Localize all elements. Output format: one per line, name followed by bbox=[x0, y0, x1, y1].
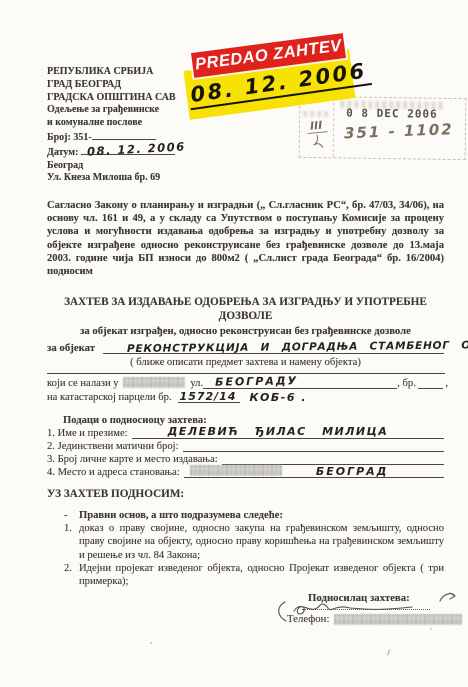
legal-item-2-text: Идејни пројекат изведеног објекта, однос… bbox=[79, 562, 444, 588]
legal-bullet: - bbox=[64, 509, 79, 522]
legal-item-1: 1. доказ о праву својине, односно закупа… bbox=[47, 522, 444, 562]
applicant-address-row: 4. Место и адреса становања: БЕОГРАД bbox=[47, 466, 444, 478]
legal-item-2-number: 2. bbox=[64, 562, 79, 588]
header-republic: РЕПУБЛИКА СРБИЈА bbox=[47, 66, 176, 79]
number-blank bbox=[418, 379, 443, 389]
object-row: за објекат РЕКОНСТРУКЦИЈА И ДОГРАДЊА СТА… bbox=[47, 342, 444, 354]
legal-item-1-text: доказ о праву својине, односно закупа на… bbox=[79, 522, 444, 562]
parcel-row: на катастарској парцели бр. 1572/14 КОБ-… bbox=[47, 390, 447, 403]
date-row: Датум: 08. 12. 2006 bbox=[47, 145, 176, 160]
phone-label: Телефон: bbox=[287, 613, 329, 625]
header-address: Ул. Кнеза Милоша бр. 69 bbox=[47, 172, 176, 185]
intro-paragraph: Сагласно Закону о планирању и изградњи (… bbox=[47, 199, 444, 278]
idcard-label: 3. Број личне карте и место издавања: bbox=[47, 454, 218, 465]
header-department-1: Одељење за грађевинске bbox=[47, 104, 176, 117]
parcel-number-handwritten: 1572/14 bbox=[180, 390, 237, 403]
address-city-handwritten: БЕОГРАД bbox=[316, 465, 389, 478]
object-label: за објекат bbox=[47, 342, 95, 354]
form-subtitle: за објекат изграђен, односно реконструис… bbox=[47, 325, 444, 337]
object-note: ( ближе описати предмет захтева и намену… bbox=[47, 357, 444, 368]
applicant-idcard-row: 3. Број личне карте и место издавања: bbox=[47, 453, 444, 465]
parcel-suffix-handwritten: КОБ-6 . bbox=[250, 391, 307, 404]
attachments-list: - Правни основ, а што подразумева следећ… bbox=[47, 509, 444, 588]
legal-item-2: 2. Идејни пројекат изведеног објекта, од… bbox=[47, 562, 444, 588]
illegible-stamp-marks bbox=[303, 111, 329, 117]
scanned-form-page: РЕПУБЛИКА СРБИЈА ГРАД БЕОГРАД ГРАДСКА ОП… bbox=[0, 0, 468, 687]
street-blank: БЕОГРАДУ bbox=[203, 379, 397, 389]
receipt-section-handwritten: III bbox=[306, 118, 327, 134]
redacted-address bbox=[190, 465, 282, 476]
header-department-2: и комуналне послове bbox=[47, 117, 176, 130]
scan-noise bbox=[387, 650, 393, 657]
name-label: 1. Име и презиме: bbox=[47, 428, 128, 439]
redacted-location bbox=[123, 377, 186, 388]
parcel-label: на катастарској парцели бр. bbox=[47, 392, 172, 403]
case-number-blank bbox=[92, 130, 156, 140]
date-label: Датум: bbox=[47, 147, 78, 158]
receipt-date-stamp: 0 8 DEC 2006 bbox=[346, 106, 438, 120]
receipt-number-handwritten: 351 - 1102 bbox=[344, 120, 454, 142]
idcard-blank bbox=[222, 454, 444, 465]
object-blank: РЕКОНСТРУКЦИЈА И ДОГРАДЊА СТАМБЕНОГ ОБЈЕ… bbox=[103, 344, 444, 354]
address-blank: БЕОГРАД bbox=[184, 466, 444, 478]
location-prefix: који се налази у bbox=[47, 378, 119, 389]
form-title: ЗАХТЕВ ЗА ИЗДАВАЊЕ ОДОБРЕЊА ЗА ИЗГРАДЊУ … bbox=[47, 296, 444, 323]
id-blank bbox=[183, 441, 444, 452]
legal-item-1-number: 1. bbox=[64, 522, 79, 562]
phone-row: Телефон: bbox=[287, 613, 462, 625]
legal-heading: Правни основ, а што подразумева следеће: bbox=[79, 509, 283, 522]
scan-noise bbox=[430, 628, 432, 630]
id-label: 2. Јединствени матични број: bbox=[47, 441, 179, 452]
redacted-phone bbox=[334, 614, 462, 625]
date-handwritten: 08. 12. 2006 bbox=[87, 140, 186, 158]
location-row: који се налази у ул. БЕОГРАДУ , бр. , bbox=[47, 377, 448, 389]
header-city-line: ГРАД БЕОГРАД bbox=[47, 79, 176, 92]
attachments-heading: УЗ ЗАХТЕВ ПОДНОСИМ: bbox=[47, 488, 184, 500]
header-municipality: ГРАДСКА ОПШТИНА САВ bbox=[47, 92, 176, 105]
receipt-stamp-box: III 0 8 DEC 2006 351 - 1102 bbox=[299, 96, 467, 160]
legal-heading-row: - Правни основ, а што подразумева следећ… bbox=[47, 509, 444, 522]
applicant-heading: Подаци о подносиоцу захтева: bbox=[47, 415, 444, 426]
case-number-label: Број: 351- bbox=[47, 132, 92, 143]
comma: , bbox=[445, 378, 448, 389]
form-title-block: ЗАХТЕВ ЗА ИЗДАВАЊЕ ОДОБРЕЊА ЗА ИЗГРАДЊУ … bbox=[47, 296, 444, 337]
object-value-handwritten: РЕКОНСТРУКЦИЈА И ДОГРАДЊА СТАМБЕНОГ ОБЈЕ… bbox=[127, 339, 468, 355]
header-city: Београд bbox=[47, 160, 176, 173]
name-blank: ДЕЛЕВИЋ ЂИЛАС МИЛИЦА bbox=[132, 428, 444, 439]
applicant-name-row: 1. Име и презиме: ДЕЛЕВИЋ ЂИЛАС МИЛИЦА bbox=[47, 427, 444, 439]
address-label: 4. Место и адреса становања: bbox=[47, 467, 180, 478]
name-handwritten: ДЕЛЕВИЋ ЂИЛАС МИЛИЦА bbox=[168, 425, 389, 438]
applicant-id-row: 2. Јединствени матични број: bbox=[47, 440, 444, 452]
parcel-blank: 1572/14 bbox=[178, 393, 240, 403]
date-blank: 08. 12. 2006 bbox=[81, 145, 175, 155]
street-value-handwritten: БЕОГРАДУ bbox=[215, 374, 298, 388]
applicant-section: Подаци о подносиоцу захтева: 1. Име и пр… bbox=[47, 415, 444, 479]
receipt-stamp-left-column: III bbox=[300, 97, 335, 157]
divider-line bbox=[47, 373, 445, 374]
number-label: , бр. bbox=[397, 378, 416, 389]
street-label: ул. bbox=[190, 378, 203, 389]
handwritten-tick-mark bbox=[312, 134, 324, 148]
issuer-header: РЕПУБЛИКА СРБИЈА ГРАД БЕОГРАД ГРАДСКА ОП… bbox=[47, 66, 176, 185]
scan-noise bbox=[150, 642, 152, 644]
